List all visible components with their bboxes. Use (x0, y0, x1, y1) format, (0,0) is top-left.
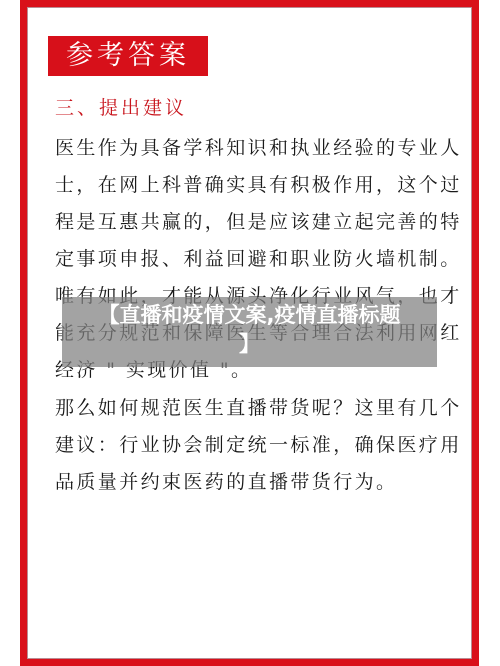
body-line: 程是互惠共赢的，但是应该建立起完善的特 (55, 210, 462, 234)
body-line: 那么如何规范医生直播带货呢？这里有几个 (55, 396, 462, 420)
caption-line-2: 】 (62, 330, 437, 359)
body-line: 品质量并约束医药的直播带货行为。 (55, 470, 397, 494)
body-line: 士，在网上科普确实具有积极作用，这个过 (55, 173, 462, 197)
body-line: 建议：行业协会制定统一标准，确保医疗用 (55, 433, 462, 457)
body-line: 定事项申报、利益回避和职业防火墙机制。 (55, 247, 462, 271)
caption-text: 【直播和疫情文案,疫情直播标题 】 (62, 301, 437, 359)
caption-line-1: 【直播和疫情文案,疫情直播标题 (62, 301, 437, 330)
section-heading: 三、提出建议 (55, 96, 187, 120)
caption-overlay: 【直播和疫情文案,疫情直播标题 】 (62, 297, 437, 367)
body-line: 医生作为具备学科知识和执业经验的专业人 (55, 136, 462, 160)
answer-title-banner: 参考答案 (48, 36, 208, 76)
